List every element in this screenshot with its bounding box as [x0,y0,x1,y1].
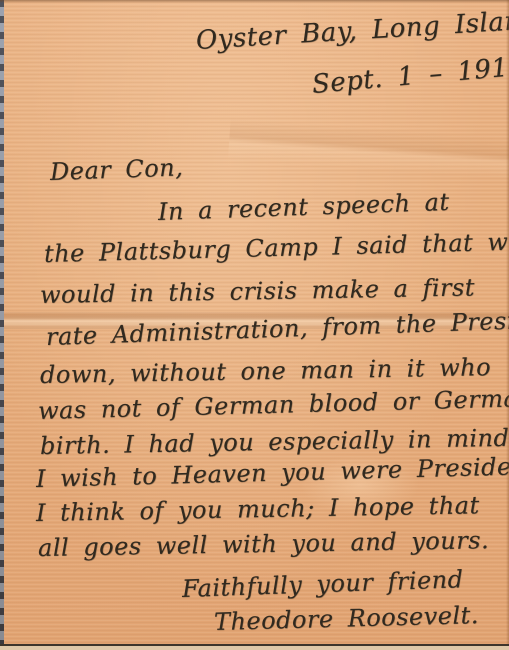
letter-salutation: Dear Con, [50,153,184,186]
letter-body-line: In a recent speech at [158,188,450,226]
letter-body-line: was not of German blood or German [38,384,509,425]
letter-body-line: all goes well with you and yours. [38,526,490,562]
letter-body-line: I think of you much; I hope that [36,491,480,527]
scan-edge-top [0,0,509,3]
letter-body-line: down, without one man in it who [40,353,492,389]
fold-crease-upper [228,118,509,181]
letter-body-line: would in this crisis make a first [40,273,475,309]
scan-edge-left [0,0,4,650]
letter-body-line: the Plattsburg Camp I said that we [44,227,509,268]
letter-date-line: Sept. 1 – 1915. [311,51,509,100]
letter-place-line: Oyster Bay, Long Island, [195,5,509,56]
scan-edge-bottom-strip [0,646,509,650]
letter-signature: Theodore Roosevelt. [214,601,480,636]
letter-closing: Faithfully your friend [182,565,464,603]
letter-paper: Oyster Bay, Long Island, Sept. 1 – 1915.… [0,0,509,650]
